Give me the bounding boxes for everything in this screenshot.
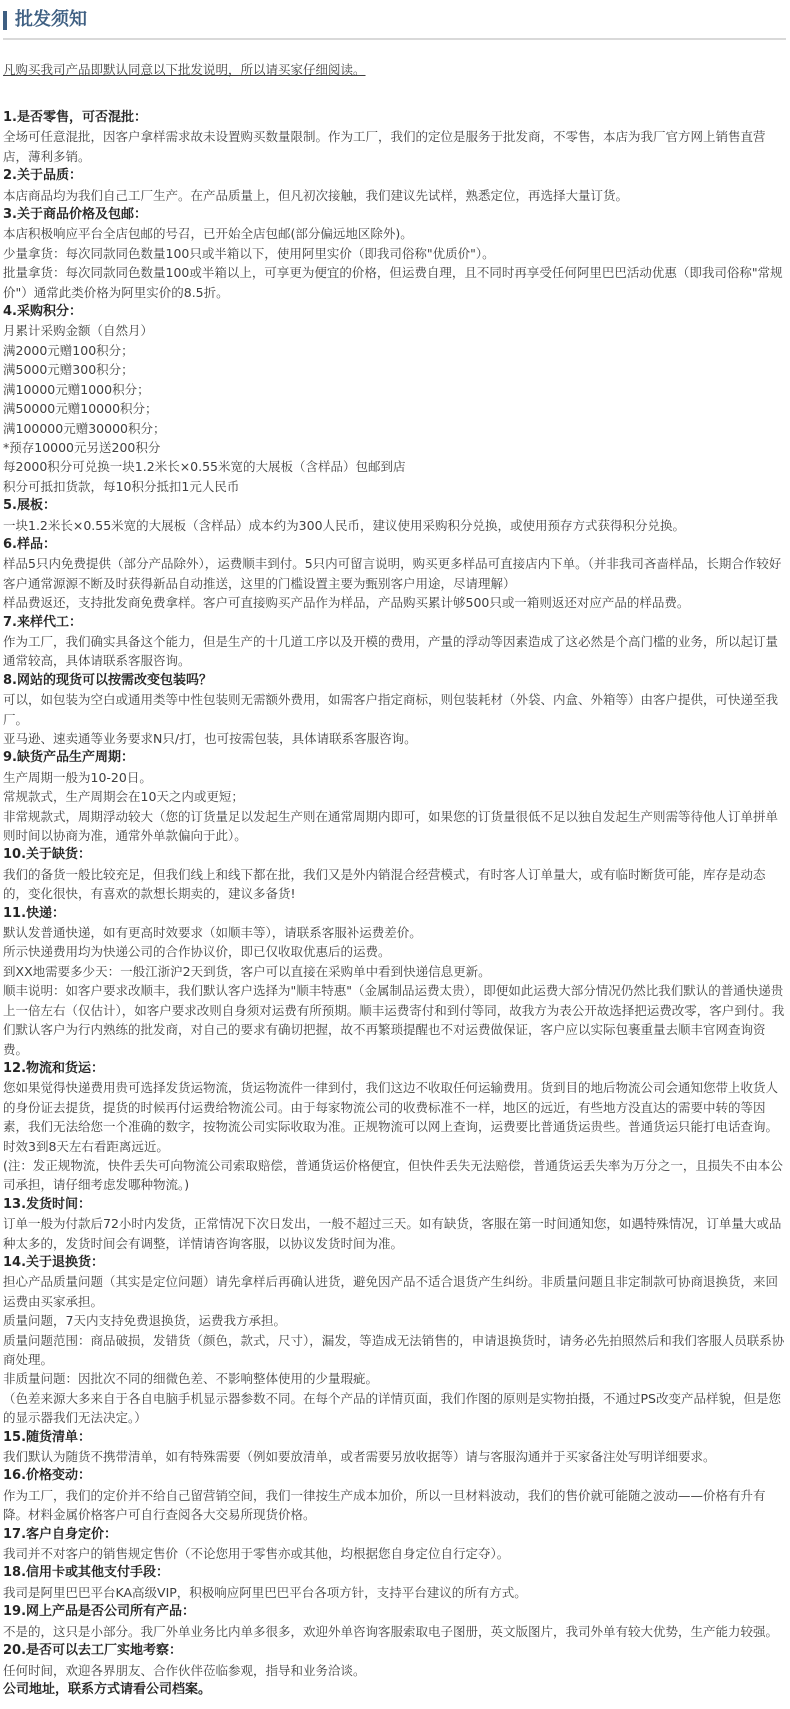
section-paragraph: 质量问题，7天内支持免费退换货，运费我方承担。 <box>3 1311 786 1330</box>
section-heading: 12.物流和货运： <box>3 1059 786 1078</box>
section: 5.展板：一块1.2米长×0.55米宽的大展板（含样品）成本约为300人民币，建… <box>3 496 786 535</box>
section: 3.关于商品价格及包邮：本店积极响应平台全店包邮的号召，已开始全店包邮(部分偏远… <box>3 205 786 302</box>
section-heading: 18.信用卡或其他支付手段： <box>3 1563 786 1582</box>
section: 6.样品：样品5只内免费提供（部分产品除外），运费顺丰到付。5只内可留言说明，购… <box>3 535 786 613</box>
section: 10.关于缺货：我们的备货一般比较充足，但我们线上和线下都在批，我们又是外内销混… <box>3 845 786 903</box>
section-paragraph: 我们默认为随货不携带清单，如有特殊需要（例如要放清单，或者需要另放收据等）请与客… <box>3 1447 786 1466</box>
section-paragraph: *预存10000元另送200积分 <box>3 438 786 457</box>
section-heading: 16.价格变动： <box>3 1466 786 1485</box>
section-paragraph: 作为工厂，我们确实具备这个能力，但是生产的十几道工序以及开模的费用，产量的浮动等… <box>3 632 786 671</box>
section-heading: 6.样品： <box>3 535 786 554</box>
section-paragraph: 生产周期一般为10-20日。 <box>3 768 786 787</box>
section: 1.是否零售，可否混批：全场可任意混批，因客户拿样需求故未设置购买数量限制。作为… <box>3 108 786 166</box>
section-paragraph: 默认发普通快递，如有更高时效要求（如顺丰等），请联系客服补运费差价。 <box>3 923 786 942</box>
section-paragraph: 月累计采购金额（自然月） <box>3 321 786 340</box>
section-paragraph: 质量问题范围：商品破损，发错货（颜色，款式，尺寸），漏发，等造成无法销售的，申请… <box>3 1331 786 1370</box>
section-paragraph: 我司并不对客户的销售规定售价（不论您用于零售亦或其他，均根据您自身定位自行定夺）… <box>3 1544 786 1563</box>
section-paragraph: 样品费返还，支持批发商免费拿样。客户可直接购买产品作为样品，产品购买累计够500… <box>3 593 786 612</box>
section: 8.网站的现货可以按需改变包装吗？可以，如包装为空白或通用类等中性包装则无需额外… <box>3 671 786 749</box>
section: 16.价格变动：作为工厂，我们的定价并不给自己留营销空间，我们一律按生产成本加价… <box>3 1466 786 1524</box>
section-heading: 17.客户自身定价： <box>3 1525 786 1544</box>
section-heading: 1.是否零售，可否混批： <box>3 108 786 127</box>
section: 12.物流和货运：您如果觉得快递费用贵可选择发货运物流，货运物流件一律到付，我们… <box>3 1059 786 1195</box>
section-paragraph: 非常规款式，周期浮动较大（您的订货量足以发起生产则在通常周期内即可，如果您的订货… <box>3 807 786 846</box>
section: 11.快递：默认发普通快递，如有更高时效要求（如顺丰等），请联系客服补运费差价。… <box>3 904 786 1059</box>
section: 4.采购积分：月累计采购金额（自然月）满2000元赠100积分；满5000元赠3… <box>3 302 786 496</box>
section: 20.是否可以去工厂实地考察：任何时间，欢迎各界朋友、合作伙伴莅临参观，指导和业… <box>3 1641 786 1680</box>
section-heading: 8.网站的现货可以按需改变包装吗？ <box>3 671 786 690</box>
section-paragraph: 任何时间，欢迎各界朋友、合作伙伴莅临参观，指导和业务洽谈。 <box>3 1661 786 1680</box>
section-paragraph: 您如果觉得快递费用贵可选择发货运物流，货运物流件一律到付，我们这边不收取任何运输… <box>3 1078 786 1156</box>
section-heading: 19.网上产品是否公司所有产品： <box>3 1602 786 1621</box>
section-paragraph: 我司是阿里巴巴平台KA高级VIP，积极响应阿里巴巴平台各项方针，支持平台建议的所… <box>3 1583 786 1602</box>
section-paragraph: 订单一般为付款后72小时内发货，正常情况下次日发出，一般不超过三天。如有缺货，客… <box>3 1214 786 1253</box>
section-paragraph: 我们的备货一般比较充足，但我们线上和线下都在批，我们又是外内销混合经营模式，有时… <box>3 865 786 904</box>
section-paragraph: 全场可任意混批，因客户拿样需求故未设置购买数量限制。作为工厂，我们的定位是服务于… <box>3 127 786 166</box>
section: 14.关于退换货：担心产品质量问题（其实是定位问题）请先拿样后再确认进货，避免因… <box>3 1253 786 1428</box>
section-heading: 20.是否可以去工厂实地考察： <box>3 1641 786 1660</box>
section: 15.随货清单：我们默认为随货不携带清单，如有特殊需要（例如要放清单，或者需要另… <box>3 1428 786 1467</box>
section: 9.缺货产品生产周期：生产周期一般为10-20日。常规款式，生产周期会在10天之… <box>3 748 786 845</box>
page-title: 批发须知 <box>15 9 87 31</box>
section-heading: 7.来样代工： <box>3 613 786 632</box>
section-paragraph: 顺丰说明：如客户要求改顺丰，我们默认客户选择为"顺丰特惠"（金属制品运费太贵），… <box>3 981 786 1059</box>
section-heading: 10.关于缺货： <box>3 845 786 864</box>
section-paragraph: 满100000元赠30000积分； <box>3 419 786 438</box>
section-paragraph: 满2000元赠100积分； <box>3 341 786 360</box>
section-paragraph: (注：发正规物流，快件丢失可向物流公司索取赔偿，普通货运价格便宜，但快件丢失无法… <box>3 1156 786 1195</box>
section-heading: 3.关于商品价格及包邮： <box>3 205 786 224</box>
section: 2.关于品质：本店商品均为我们自己工厂生产。在产品质量上，但凡初次接触，我们建议… <box>3 166 786 205</box>
section-heading: 11.快递： <box>3 904 786 923</box>
section: 19.网上产品是否公司所有产品：不是的，这只是小部分。我厂外单业务比内单多很多，… <box>3 1602 786 1641</box>
page-header: 批发须知 <box>3 0 786 31</box>
section-paragraph: 非质量问题：因批次不同的细微色差、不影响整体使用的少量瑕疵。 <box>3 1369 786 1388</box>
section-paragraph: （色差来源大多来自于各自电脑手机显示器参数不同。在每个产品的详情页面，我们作图的… <box>3 1389 786 1428</box>
section-heading: 14.关于退换货： <box>3 1253 786 1272</box>
section-paragraph: 样品5只内免费提供（部分产品除外），运费顺丰到付。5只内可留言说明，购买更多样品… <box>3 554 786 593</box>
section-paragraph: 常规款式，生产周期会在10天之内或更短； <box>3 787 786 806</box>
section-paragraph: 一块1.2米长×0.55米宽的大展板（含样品）成本约为300人民币，建议使用采购… <box>3 516 786 535</box>
section-paragraph: 满5000元赠300积分； <box>3 360 786 379</box>
title-accent-bar <box>3 11 7 30</box>
intro-statement: 凡购买我司产品即默认同意以下批发说明，所以请买家仔细阅读。 <box>3 60 786 79</box>
section-heading: 9.缺货产品生产周期： <box>3 748 786 767</box>
section-paragraph: 亚马逊、速卖通等业务要求N只/打，也可按需包装，具体请联系客服咨询。 <box>3 729 786 748</box>
section: 17.客户自身定价： 我司并不对客户的销售规定售价（不论您用于零售亦或其他，均根… <box>3 1525 786 1564</box>
section-paragraph: 作为工厂，我们的定价并不给自己留营销空间，我们一律按生产成本加价，所以一旦材料波… <box>3 1486 786 1525</box>
section-paragraph: 担心产品质量问题（其实是定位问题）请先拿样后再确认进货，避免因产品不适合退货产生… <box>3 1272 786 1311</box>
section-heading: 15.随货清单： <box>3 1428 786 1447</box>
sections-container: 1.是否零售，可否混批：全场可任意混批，因客户拿样需求故未设置购买数量限制。作为… <box>3 108 786 1680</box>
section-paragraph: 满50000元赠10000积分； <box>3 399 786 418</box>
section-paragraph: 可以，如包装为空白或通用类等中性包装则无需额外费用，如需客户指定商标，则包装耗材… <box>3 690 786 729</box>
section-heading: 13.发货时间： <box>3 1195 786 1214</box>
section-paragraph: 满10000元赠1000积分； <box>3 380 786 399</box>
section: 18.信用卡或其他支付手段：我司是阿里巴巴平台KA高级VIP，积极响应阿里巴巴平… <box>3 1563 786 1602</box>
section-paragraph: 本店积极响应平台全店包邮的号召，已开始全店包邮(部分偏远地区除外)。 <box>3 224 786 243</box>
section-paragraph: 本店商品均为我们自己工厂生产。在产品质量上，但凡初次接触，我们建议先试样，熟悉定… <box>3 186 786 205</box>
section-heading: 4.采购积分： <box>3 302 786 321</box>
section-heading: 5.展板： <box>3 496 786 515</box>
footer-note: 公司地址，联系方式请看公司档案。 <box>3 1680 786 1699</box>
header-divider <box>3 38 786 40</box>
section-paragraph: 不是的，这只是小部分。我厂外单业务比内单多很多，欢迎外单咨询客服索取电子图册，英… <box>3 1622 786 1641</box>
section-paragraph: 少量拿货：每次同款同色数量100只或半箱以下，使用阿里实价（即我司俗称"优质价"… <box>3 244 786 263</box>
section-paragraph: 批量拿货：每次同款同色数量100或半箱以上，可享更为便宜的价格，但运费自理，且不… <box>3 263 786 302</box>
section: 7.来样代工：作为工厂，我们确实具备这个能力，但是生产的十几道工序以及开模的费用… <box>3 613 786 671</box>
section-paragraph: 所示快递费用均为快递公司的合作协议价，即已仅收取优惠后的运费。 <box>3 942 786 961</box>
section-heading: 2.关于品质： <box>3 166 786 185</box>
section-paragraph: 到XX地需要多少天：一般江浙沪2天到货，客户可以直接在采购单中看到快递信息更新。 <box>3 962 786 981</box>
section: 13.发货时间：订单一般为付款后72小时内发货，正常情况下次日发出，一般不超过三… <box>3 1195 786 1253</box>
wholesale-notice-document: 批发须知 凡购买我司产品即默认同意以下批发说明，所以请买家仔细阅读。 1.是否零… <box>0 0 790 1709</box>
section-paragraph: 每2000积分可兑换一块1.2米长×0.55米宽的大展板（含样品）包邮到店 <box>3 457 786 476</box>
section-paragraph: 积分可抵扣货款，每10积分抵扣1元人民币 <box>3 477 786 496</box>
